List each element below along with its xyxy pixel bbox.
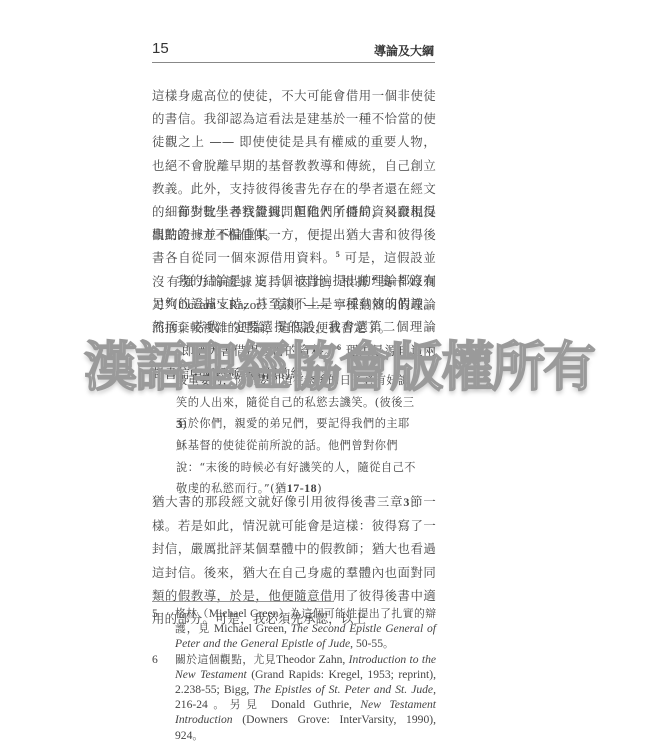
paragraph-text: 我的結論是，這三個被普遍提出的理論都沒有足夠的證據支持，甚至談不上是一種有效的假…: [152, 269, 436, 385]
footnote-number: 6: [152, 652, 158, 667]
quote-text: 至於你們，親愛的弟兄們，要記得我們的主耶穌基督的使徒從前所說的話。他們曾對你們說…: [176, 413, 416, 500]
text-run: , 50-55: [350, 637, 383, 650]
text-run: 格林（: [175, 607, 209, 620]
book-page: 15 導論及大綱 這樣身處高位的使徒，不大可能會借用一個非使徒的書信。我卻認為這…: [0, 0, 650, 750]
footnotes: 5格林（Michael Green）為這個可能性提出了扎實的辯護，見 Micha…: [152, 606, 436, 743]
header-rule: [152, 62, 435, 63]
text-run: Michael Green,: [210, 622, 291, 635]
footnote-rule: [152, 601, 334, 602]
text-run: 關於這個觀點，尤見: [175, 653, 276, 666]
page-number: 15: [152, 40, 169, 57]
footnote-number: 5: [152, 606, 158, 621]
quote-body: 最重要的，你們要知道在末後的日子必有好譏笑的人出來，隨從自己的私慾去譏笑。(彼後…: [176, 374, 415, 409]
text-run: 。: [383, 637, 394, 650]
book-title: The Epistles of St. Peter and St. Jude: [253, 683, 433, 696]
text-run: Donald Guthrie,: [263, 698, 361, 711]
text-run: 。另見: [208, 698, 263, 711]
running-title: 導論及大綱: [374, 42, 434, 59]
text-run: 。: [192, 729, 203, 742]
text-run: Michael Green: [209, 607, 279, 620]
scripture-quote-2: 至於你們，親愛的弟兄們，要記得我們的主耶穌基督的使徒從前所說的話。他們曾對你們說…: [176, 413, 416, 500]
text-run: 猶大書的那段經文就好像引用彼得後書三章: [152, 494, 403, 509]
footnote-6: 6關於這個觀點，尤見Theodor Zahn, Introduction to …: [152, 652, 436, 743]
page-header: 15 導論及大綱: [152, 40, 434, 60]
text-run: Theodor Zahn,: [276, 653, 349, 666]
paragraph-3: 我的結論是，這三個被普遍提出的理論都沒有足夠的證據支持，甚至談不上是一種有效的假…: [152, 269, 436, 385]
footnote-5: 5格林（Michael Green）為這個可能性提出了扎實的辯護，見 Micha…: [152, 606, 436, 652]
